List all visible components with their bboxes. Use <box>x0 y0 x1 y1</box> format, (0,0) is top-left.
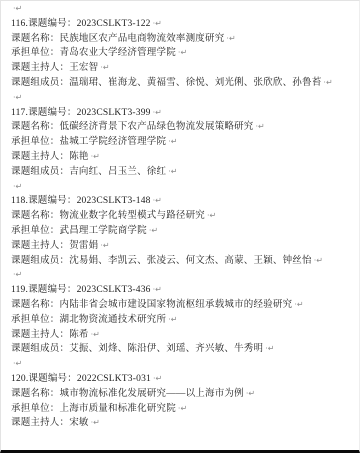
paragraph-mark-icon: ·↵ <box>149 226 158 235</box>
paragraph-mark-icon: ·↵ <box>168 167 177 176</box>
paragraph-mark-icon: ·↵ <box>256 122 265 131</box>
paragraph-mark-icon: ·↵ <box>91 418 100 427</box>
paragraph-mark-icon: ·↵ <box>13 359 22 368</box>
paragraph-mark-icon: ·↵ <box>13 4 22 13</box>
leader-line-text: 课题主持人：陈希 <box>11 330 89 340</box>
paragraph-mark-icon: ·↵ <box>178 404 187 413</box>
leader-line-text: 课题主持人：贺雷娟 <box>11 241 98 251</box>
document-page: ·↵116.课题编号：2023CSLKT3-122·↵课题名称：民族地区农产品电… <box>0 0 360 453</box>
project-number-line: 120.课题编号：2022CSLKT3-031·↵ <box>11 372 355 387</box>
paragraph-mark-icon: ·↵ <box>226 34 235 43</box>
blank-line: ·↵ <box>11 91 355 106</box>
project-name-line: 课题名称：物流业数字化转型模式与路径研究·↵ <box>11 209 355 224</box>
project-number-line-text: 116.课题编号：2023CSLKT3-122 <box>11 19 151 29</box>
paragraph-mark-icon: ·↵ <box>168 137 177 146</box>
project-number-line: 118.课题编号：2023CSLKT3-148·↵ <box>11 194 355 209</box>
paragraph-mark-icon: ·↵ <box>13 182 22 191</box>
project-number-line-text: 119.课题编号：2023CSLKT3-436 <box>11 285 151 295</box>
members-line: 课题组成员：艾振、刘烽、陈沿伊、刘瑶、齐兴敏、牛秀明·↵ <box>11 342 355 357</box>
undertaker-line: 承担单位：盐城工学院经济管理学院·↵ <box>11 135 355 150</box>
paragraph-mark-icon: ·↵ <box>207 211 216 220</box>
undertaker-line: 承担单位：上海市质量和标准化研究院·↵ <box>11 402 355 417</box>
project-name-line: 课题名称：城市物流标准化发展研究——以上海市为例·↵ <box>11 387 355 402</box>
paragraph-mark-icon: ·↵ <box>91 152 100 161</box>
leader-line-text: 课题主持人：宋敏 <box>11 418 89 428</box>
paragraph-mark-icon: ·↵ <box>153 19 162 28</box>
undertaker-line-text: 承担单位：青岛农业大学经济管理学院 <box>11 48 176 58</box>
project-name-line-text: 课题名称：低碳经济背景下农产品绿色物流发展策略研究 <box>11 122 254 132</box>
project-name-line: 课题名称：内陆非省会城市建设国家物流枢纽承载城市的经验研究·↵ <box>11 298 355 313</box>
project-number-line: 119.课题编号：2023CSLKT3-436·↵ <box>11 283 355 298</box>
paragraph-mark-icon: ·↵ <box>153 108 162 117</box>
undertaker-line-text: 承担单位：上海市质量和标准化研究院 <box>11 404 176 414</box>
members-line: 课题组成员：吉向红、吕玉兰、徐红·↵ <box>11 165 355 180</box>
project-name-line: 课题名称：低碳经济背景下农产品绿色物流发展策略研究·↵ <box>11 120 355 135</box>
paragraph-mark-icon: ·↵ <box>13 93 22 102</box>
leader-line: 课题主持人：宋敏·↵ <box>11 416 355 431</box>
paragraph-mark-icon: ·↵ <box>178 48 187 57</box>
project-number-line-text: 117.课题编号：2023CSLKT3-399 <box>11 108 151 118</box>
project-number-line: 117.课题编号：2023CSLKT3-399·↵ <box>11 106 355 121</box>
undertaker-line: 承担单位：湖北物资流通技术研究所·↵ <box>11 313 355 328</box>
paragraph-mark-icon: ·↵ <box>100 241 109 250</box>
undertaker-line-text: 承担单位：盐城工学院经济管理学院 <box>11 137 166 147</box>
members-line-text: 课题组成员：温瑞珺、崔海龙、黄福雪、徐悦、刘光俐、张欣欣、孙鲁苔 <box>11 78 321 88</box>
document-body: ·↵116.课题编号：2023CSLKT3-122·↵课题名称：民族地区农产品电… <box>11 2 355 431</box>
blank-line: ·↵ <box>11 268 355 283</box>
undertaker-line-text: 承担单位：湖北物资流通技术研究所 <box>11 315 166 325</box>
members-line: 课题组成员：温瑞珺、崔海龙、黄福雪、徐悦、刘光俐、张欣欣、孙鲁苔·↵ <box>11 76 355 91</box>
members-line-text: 课题组成员：沈易娟、李凯云、张凌云、何文杰、高蒙、王颖、钟丝怡 <box>11 256 312 266</box>
members-line-text: 课题组成员：吉向红、吕玉兰、徐红 <box>11 167 166 177</box>
undertaker-line-text: 承担单位：武昌理工学院商学院 <box>11 226 147 236</box>
project-number-line: 116.课题编号：2023CSLKT3-122·↵ <box>11 17 355 32</box>
leader-line: 课题主持人：陈艳·↵ <box>11 150 355 165</box>
paragraph-mark-icon: ·↵ <box>323 78 332 87</box>
paragraph-mark-icon: ·↵ <box>153 196 162 205</box>
paragraph-mark-icon: ·↵ <box>314 256 323 265</box>
leader-line-text: 课题主持人：陈艳 <box>11 152 89 162</box>
project-number-line-text: 120.课题编号：2022CSLKT3-031 <box>11 374 151 384</box>
paragraph-mark-icon: ·↵ <box>13 270 22 279</box>
members-line: 课题组成员：沈易娟、李凯云、张凌云、何文杰、高蒙、王颖、钟丝怡·↵ <box>11 254 355 269</box>
leader-line-text: 课题主持人：王宏智 <box>11 63 98 73</box>
paragraph-mark-icon: ·↵ <box>153 285 162 294</box>
project-number-line-text: 118.课题编号：2023CSLKT3-148 <box>11 196 151 206</box>
undertaker-line: 承担单位：青岛农业大学经济管理学院·↵ <box>11 46 355 61</box>
blank-line: ·↵ <box>11 180 355 195</box>
blank-line: ·↵ <box>11 2 355 17</box>
paragraph-mark-icon: ·↵ <box>294 300 303 309</box>
leader-line: 课题主持人：贺雷娟·↵ <box>11 239 355 254</box>
project-name-line-text: 课题名称：物流业数字化转型模式与路径研究 <box>11 211 205 221</box>
blank-line: ·↵ <box>11 357 355 372</box>
paragraph-mark-icon: ·↵ <box>91 330 100 339</box>
leader-line: 课题主持人：王宏智·↵ <box>11 61 355 76</box>
paragraph-mark-icon: ·↵ <box>246 389 255 398</box>
paragraph-mark-icon: ·↵ <box>265 344 274 353</box>
members-line-text: 课题组成员：艾振、刘烽、陈沿伊、刘瑶、齐兴敏、牛秀明 <box>11 344 263 354</box>
undertaker-line: 承担单位：武昌理工学院商学院·↵ <box>11 224 355 239</box>
project-name-line-text: 课题名称：民族地区农产品电商物流效率测度研究 <box>11 34 224 44</box>
paragraph-mark-icon: ·↵ <box>153 374 162 383</box>
project-name-line-text: 课题名称：城市物流标准化发展研究——以上海市为例 <box>11 389 244 399</box>
project-name-line-text: 课题名称：内陆非省会城市建设国家物流枢纽承载城市的经验研究 <box>11 300 292 310</box>
paragraph-mark-icon: ·↵ <box>168 315 177 324</box>
paragraph-mark-icon: ·↵ <box>100 63 109 72</box>
leader-line: 课题主持人：陈希·↵ <box>11 328 355 343</box>
project-name-line: 课题名称：民族地区农产品电商物流效率测度研究·↵ <box>11 32 355 47</box>
